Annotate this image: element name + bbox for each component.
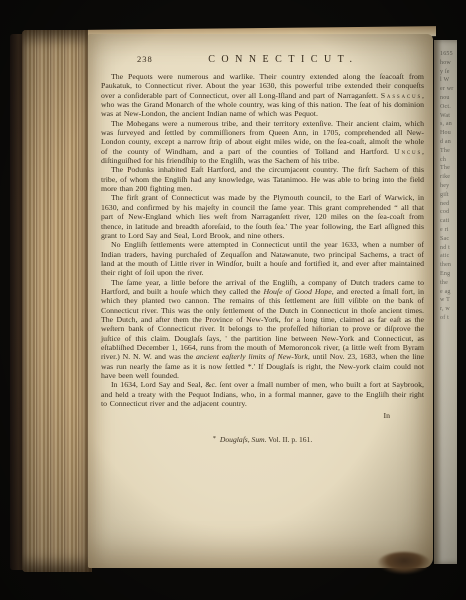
catchword: In xyxy=(101,411,424,420)
page-content: 238 CONNECTICUT. The Pequots were numero… xyxy=(88,34,433,568)
paragraph: The Mohegans were a numerous tribe, and … xyxy=(101,119,424,166)
book-page: 238 CONNECTICUT. The Pequots were numero… xyxy=(88,34,433,568)
page-header: 238 CONNECTICUT. xyxy=(101,54,424,65)
next-page-edge: 1655howy ſel Wer wrnouOct.Wats, anHoud a… xyxy=(434,40,457,564)
paragraph: The firſt grant of Connecticut was made … xyxy=(101,193,424,240)
body-text: The Pequots were numerous and warlike. T… xyxy=(101,72,424,408)
page-edges-stack xyxy=(22,30,92,572)
page-number: 238 xyxy=(137,54,153,64)
next-page-text-fragments: 1655howy ſel Wer wrnouOct.Wats, anHoud a… xyxy=(434,40,457,323)
footnote-source-roman: Vol. II. p. 161. xyxy=(268,435,312,444)
paragraph: The Podunks inhabited Eaſt Hartford, and… xyxy=(101,165,424,193)
running-head: CONNECTICUT. xyxy=(153,54,414,65)
footnote-source-italic: Douglaſs, Sum. xyxy=(220,435,267,444)
footnote-marker: * xyxy=(213,435,216,442)
paragraph: No Engliſh ſettlements were attempted in… xyxy=(101,240,424,277)
paragraph: The Pequots were numerous and warlike. T… xyxy=(101,72,424,119)
footnote: * Douglaſs, Sum. Vol. II. p. 161. xyxy=(101,435,424,444)
book: 238 CONNECTICUT. The Pequots were numero… xyxy=(0,0,466,600)
book-photo: { "colors": { "background": "#0b0a08", "… xyxy=(0,0,466,600)
paragraph: The ſame year, a little before the arriv… xyxy=(101,278,424,381)
worn-page-corner xyxy=(378,552,430,574)
paragraph: In 1634, Lord Say and Seal, &c. ſent ove… xyxy=(101,380,424,408)
